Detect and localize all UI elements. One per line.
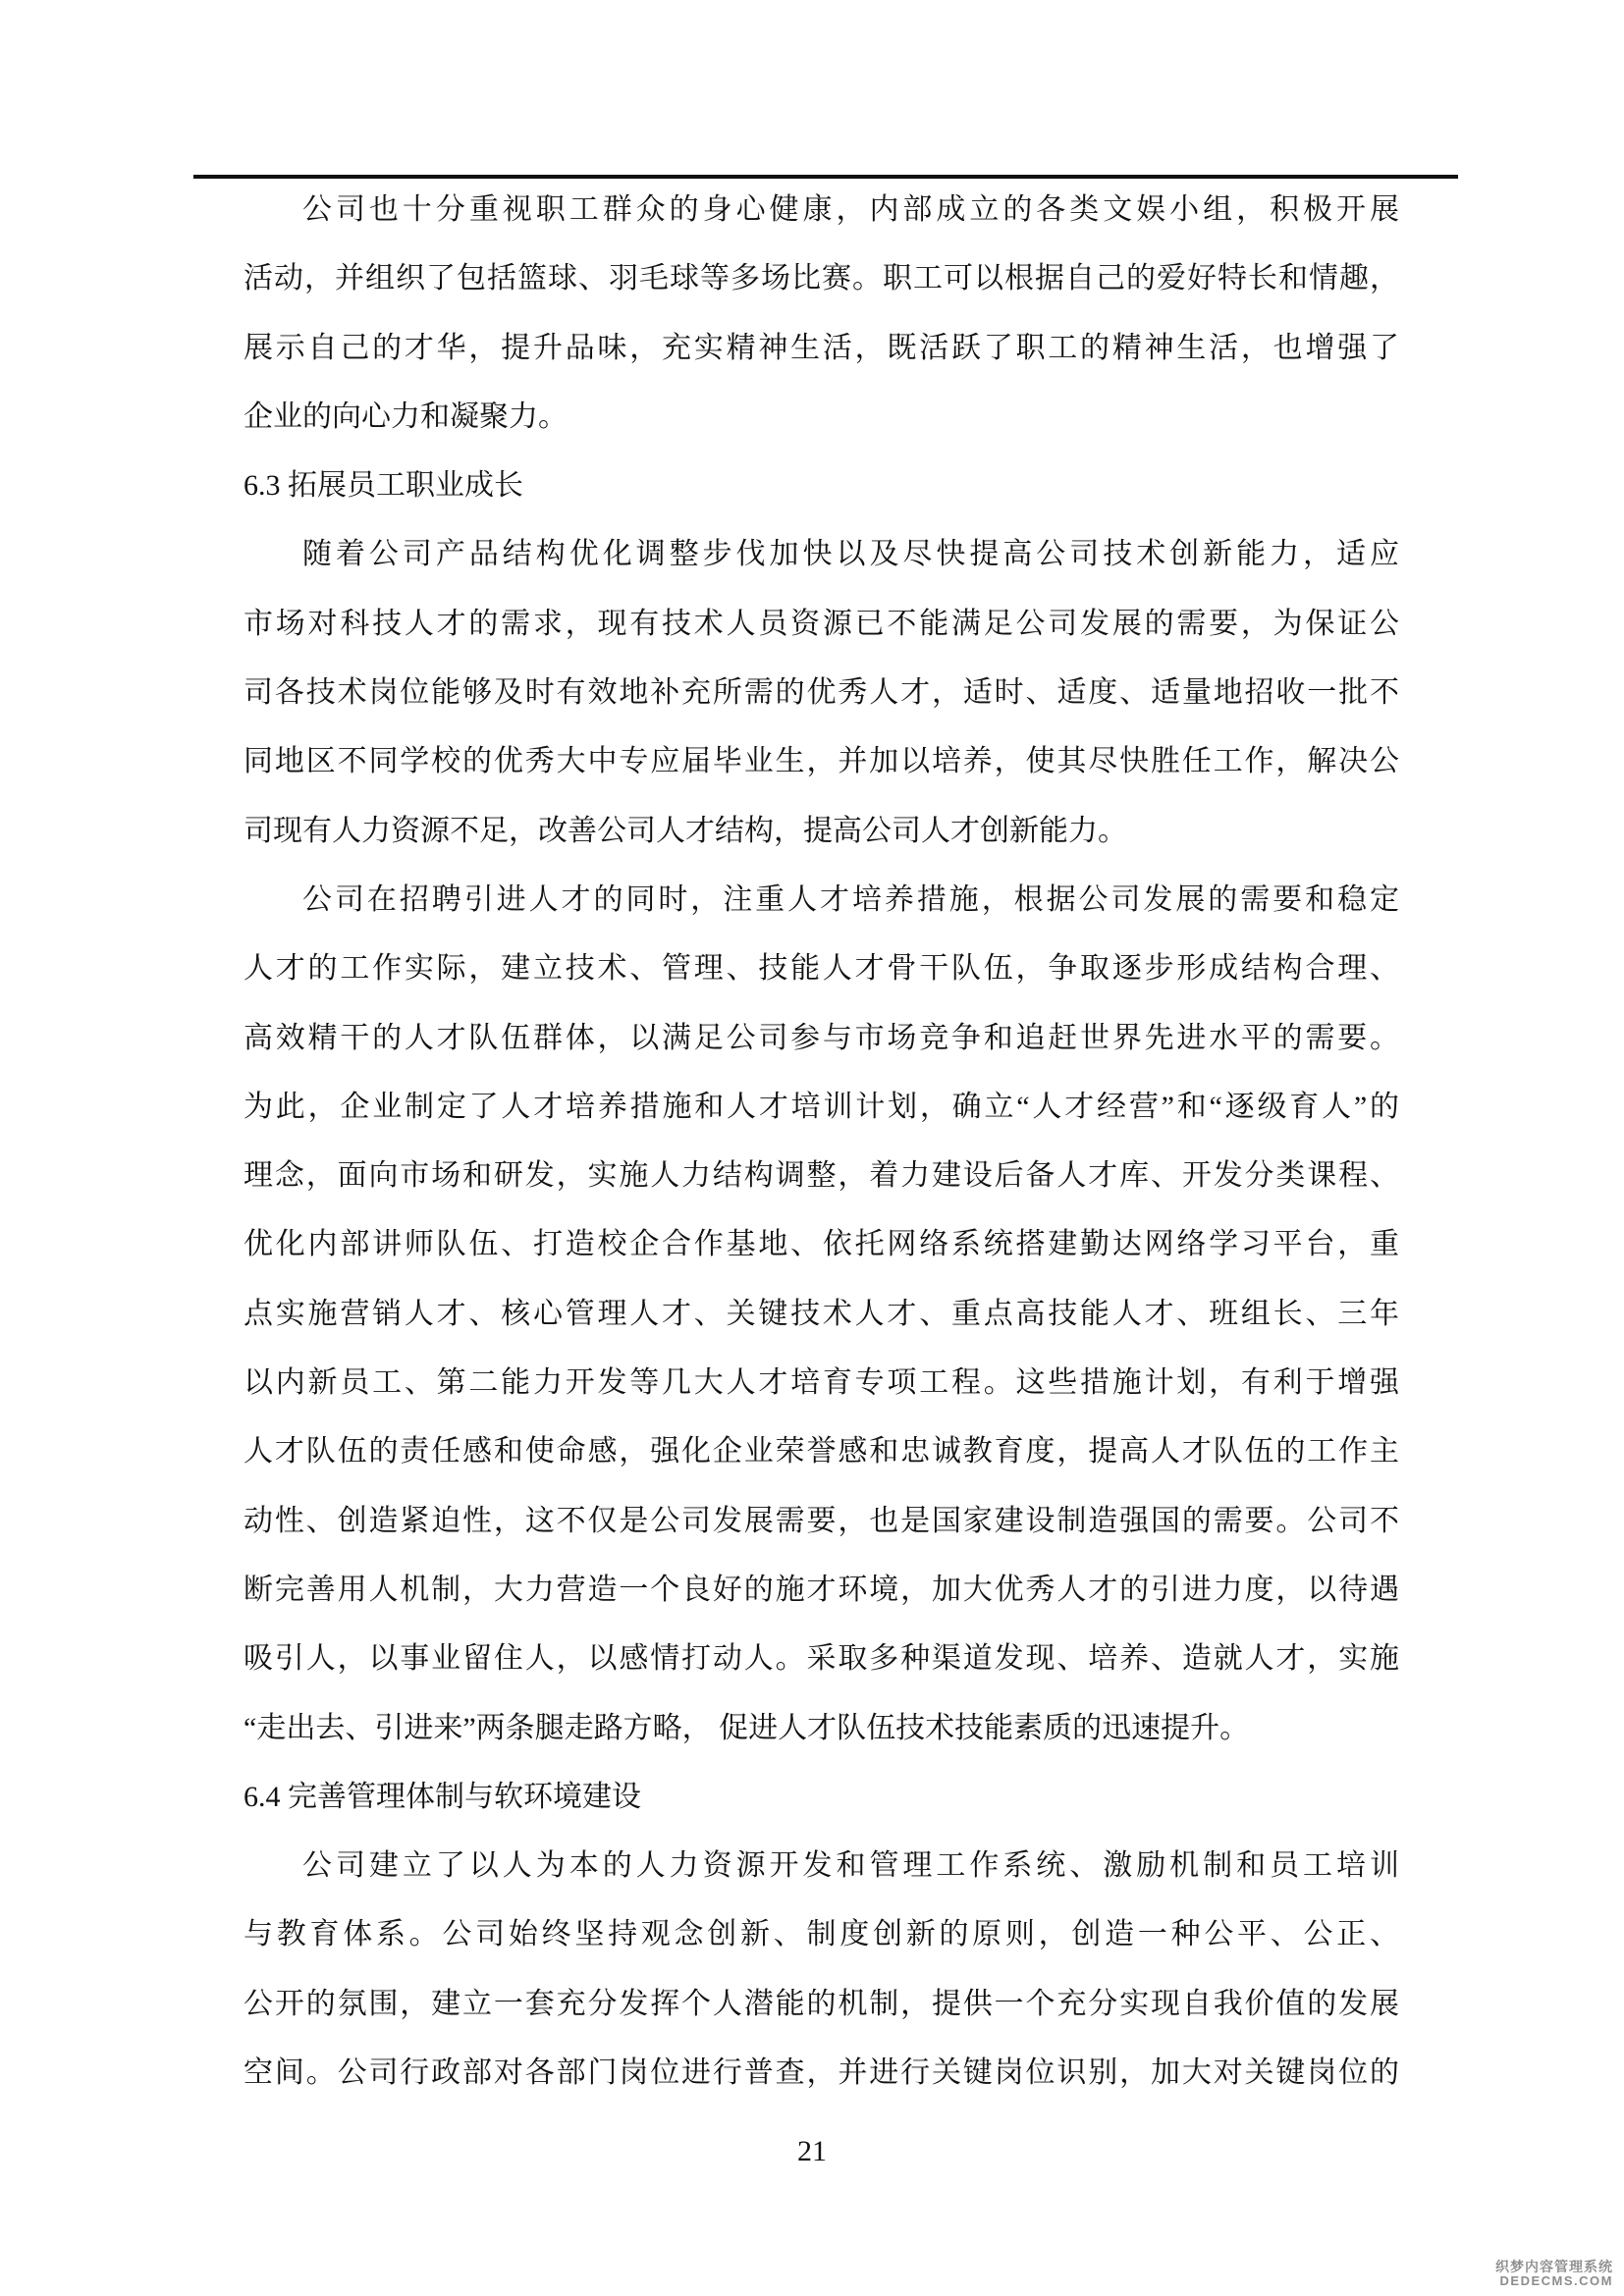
watermark-text-en: DEDECMS.COM (1495, 2274, 1613, 2288)
text-line: 空间。公司行政部对各部门岗位进行普查，并进行关键岗位识别，加大对关键岗位的 (244, 2039, 1399, 2108)
document-body: 公司也十分重视职工群众的身心健康，内部成立的各类文娱小组，积极开展活动，并组织了… (244, 176, 1399, 2108)
text-line: 展示自己的才华，提升品味，充实精神生活，既活跃了职工的精神生活，也增强了 (244, 314, 1399, 383)
text-line: 司各技术岗位能够及时有效地补充所需的优秀人才，适时、适度、适量地招收一批不 (244, 659, 1399, 727)
text-line: 企业的向心力和凝聚力。 (244, 383, 1399, 452)
text-line: “走出去、引进来”两条腿走路方略， 促进人才队伍技术技能素质的迅速提升。 (244, 1694, 1399, 1763)
text-line: 为此，企业制定了人才培养措施和人才培训计划，确立“人才经营”和“逐级育人”的 (244, 1073, 1399, 1142)
text-line: 优化内部讲师队伍、打造校企合作基地、依托网络系统搭建勤达网络学习平台，重 (244, 1210, 1399, 1279)
text-line: 点实施营销人才、核心管理人才、关键技术人才、重点高技能人才、班组长、三年 (244, 1280, 1399, 1349)
text-line: 动性、创造紧迫性，这不仅是公司发展需要，也是国家建设制造强国的需要。公司不 (244, 1487, 1399, 1556)
text-line: 公司也十分重视职工群众的身心健康，内部成立的各类文娱小组，积极开展 (244, 176, 1399, 244)
text-line: 公司在招聘引进人才的同时，注重人才培养措施，根据公司发展的需要和稳定 (244, 866, 1399, 934)
text-line: 公司建立了以人为本的人力资源开发和管理工作系统、激励机制和员工培训 (244, 1832, 1399, 1900)
text-line: 市场对科技人才的需求，现有技术人员资源已不能满足公司发展的需要，为保证公 (244, 590, 1399, 659)
text-line: 人才队伍的责任感和使命感，强化企业荣誉感和忠诚教育度，提高人才队伍的工作主 (244, 1417, 1399, 1486)
text-line: 理念，面向市场和研发，实施人力结构调整，着力建设后备人才库、开发分类课程、 (244, 1142, 1399, 1210)
watermark-text-cn: 织梦内容管理系统 (1495, 2260, 1613, 2274)
text-line: 公开的氛围，建立一套充分发挥个人潜能的机制，提供一个充分实现自我价值的发展 (244, 1970, 1399, 2039)
text-line: 司现有人力资源不足，改善公司人才结构，提高公司人才创新能力。 (244, 797, 1399, 866)
text-line: 活动，并组织了包括篮球、羽毛球等多场比赛。职工可以根据自己的爱好特长和情趣， (244, 244, 1399, 313)
text-line: 以内新员工、第二能力开发等几大人才培育专项工程。这些措施计划，有利于增强 (244, 1349, 1399, 1417)
text-line: 随着公司产品结构优化调整步伐加快以及尽快提高公司技术创新能力，适应 (244, 520, 1399, 589)
text-line: 高效精干的人才队伍群体，以满足公司参与市场竞争和追赶世界先进水平的需要。 (244, 1004, 1399, 1073)
section-heading: 6.4 完善管理体制与软环境建设 (244, 1763, 1399, 1832)
document-page: 公司也十分重视职工群众的身心健康，内部成立的各类文娱小组，积极开展活动，并组织了… (0, 0, 1624, 2296)
text-line: 吸引人，以事业留住人，以感情打动人。采取多种渠道发现、培养、造就人才，实施 (244, 1625, 1399, 1693)
section-heading: 6.3 拓展员工职业成长 (244, 452, 1399, 520)
text-line: 同地区不同学校的优秀大中专应届毕业生，并加以培养，使其尽快胜任工作，解决公 (244, 727, 1399, 796)
text-line: 与教育体系。公司始终坚持观念创新、制度创新的原则，创造一种公平、公正、 (244, 1900, 1399, 1969)
page-number: 21 (0, 2130, 1624, 2173)
text-line: 人才的工作实际，建立技术、管理、技能人才骨干队伍，争取逐步形成结构合理、 (244, 934, 1399, 1003)
watermark: 织梦内容管理系统 DEDECMS.COM (1495, 2260, 1613, 2288)
text-line: 断完善用人机制，大力营造一个良好的施才环境，加大优秀人才的引进力度，以待遇 (244, 1556, 1399, 1625)
